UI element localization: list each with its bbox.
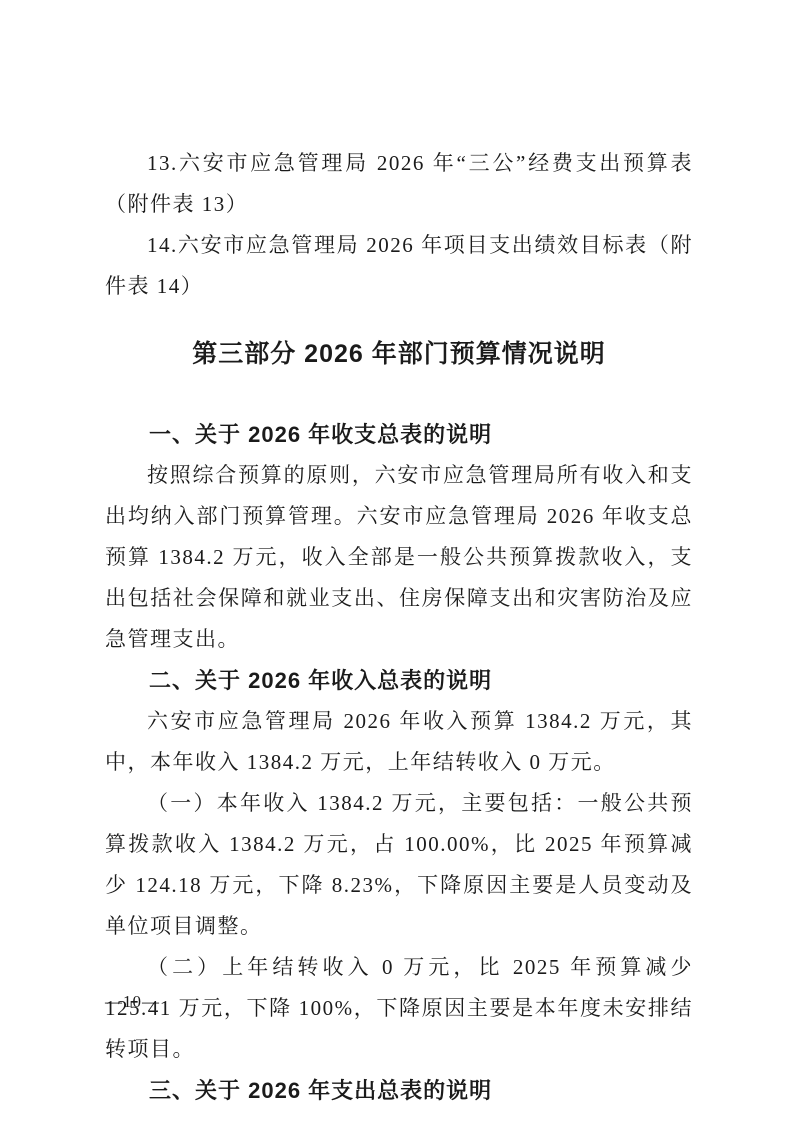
section-3-heading: 三、关于 2026 年支出总表的说明: [105, 1070, 693, 1111]
page-number: —10—: [105, 992, 160, 1012]
attachment-list-item-13: 13.六安市应急管理局 2026 年“三公”经费支出预算表（附件表 13）: [105, 143, 693, 225]
section-1-paragraph-1: 按照综合预算的原则，六安市应急管理局所有收入和支出均纳入部门预算管理。六安市应急…: [105, 455, 693, 660]
section-2-heading: 二、关于 2026 年收入总表的说明: [105, 660, 693, 701]
part-title: 第三部分 2026 年部门预算情况说明: [105, 331, 693, 377]
document-content: 13.六安市应急管理局 2026 年“三公”经费支出预算表（附件表 13） 14…: [0, 0, 793, 1111]
document-page: 13.六安市应急管理局 2026 年“三公”经费支出预算表（附件表 13） 14…: [0, 0, 793, 1122]
attachment-list-item-14: 14.六安市应急管理局 2026 年项目支出绩效目标表（附件表 14）: [105, 225, 693, 307]
section-2-paragraph-1: 六安市应急管理局 2026 年收入预算 1384.2 万元，其中，本年收入 13…: [105, 701, 693, 783]
section-2-paragraph-3: （二）上年结转收入 0 万元，比 2025 年预算减少 125.41 万元，下降…: [105, 947, 693, 1070]
section-1-heading: 一、关于 2026 年收支总表的说明: [105, 414, 693, 455]
section-2-paragraph-2: （一）本年收入 1384.2 万元，主要包括：一般公共预算拨款收入 1384.2…: [105, 783, 693, 947]
